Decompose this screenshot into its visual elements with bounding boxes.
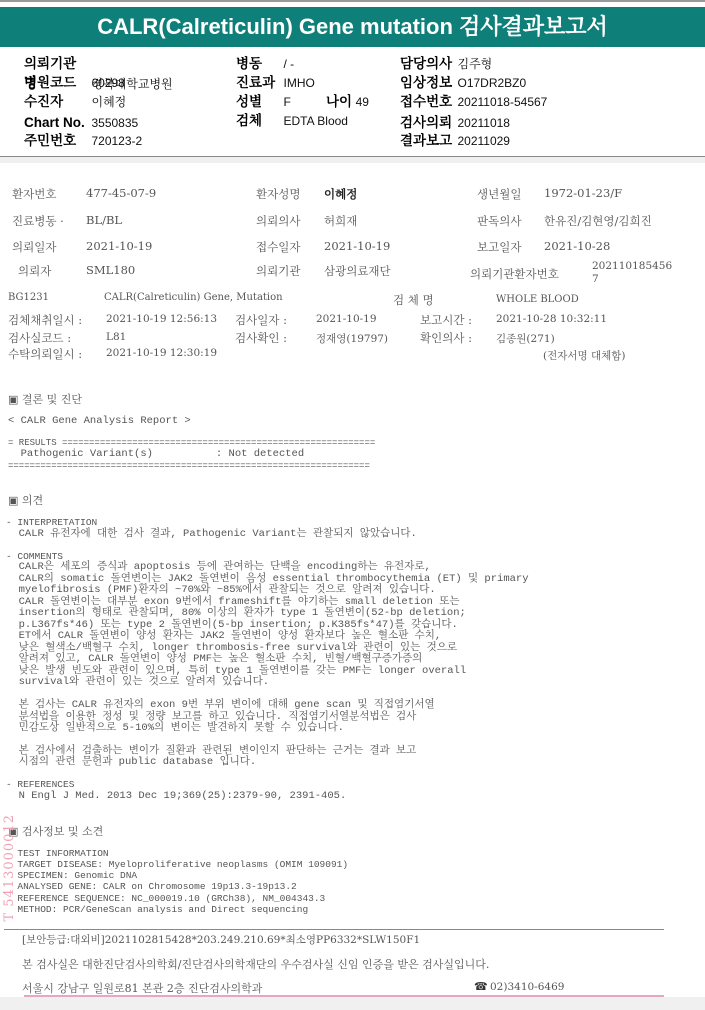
header-field: 주민번호 720123-2 — [24, 131, 142, 151]
header-field: 수진자 이혜정 — [24, 92, 126, 112]
esign-note: (전자서명 대체함) — [543, 348, 626, 363]
header-field: 검사의뢰 20211018 — [400, 113, 510, 133]
header-field: 결과보고 20211029 — [400, 131, 510, 151]
stamp-number: T 5413000012 — [2, 814, 18, 922]
header-field: 검체 EDTA Blood — [236, 111, 348, 131]
header-field: 병원코드 60298 — [24, 73, 125, 93]
header-field: 병동 / - — [236, 54, 294, 74]
report-title: CALR(Calreticulin) Gene mutation 검사결과보고서 — [0, 7, 705, 47]
section-heading: ▣ 검사정보 및 소견 — [8, 823, 103, 839]
header-field-age: 나이 49 — [326, 92, 369, 112]
variant-result: Pathogenic Variant(s) : Not detected — [8, 449, 304, 461]
section-heading: ▣ 결론 및 진단 — [8, 391, 82, 407]
phone-number: 02)3410-6469 — [490, 981, 564, 993]
divider — [4, 929, 664, 930]
header-field: 임상정보 O17DR2BZ0 — [400, 73, 526, 93]
header-field: Chart No. 3550835 — [24, 113, 138, 133]
header-field: 진료과 IMHO — [236, 73, 315, 93]
header-field: 담당의사 김주형 — [400, 54, 492, 74]
page-bottom — [0, 997, 705, 1010]
header-field: 접수번호 20211018-54567 — [400, 92, 547, 112]
section-heading: ▣ 의견 — [8, 492, 43, 508]
top-border — [0, 0, 705, 2]
header-field: 성별 F — [236, 92, 291, 112]
patient-name: 이혜정 — [324, 186, 357, 202]
phone-icon: ☎ — [474, 980, 488, 993]
scan-edge — [0, 157, 705, 163]
